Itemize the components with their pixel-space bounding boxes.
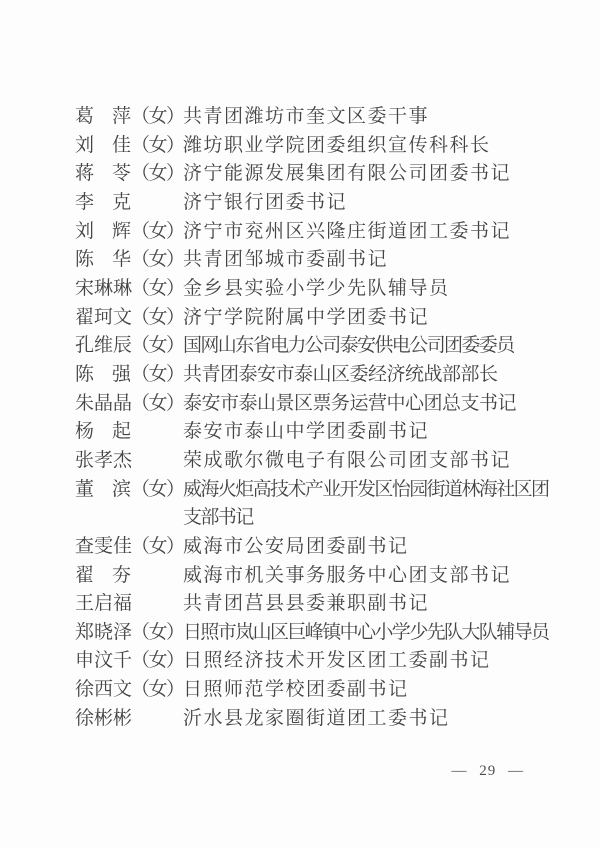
person-name-cell: 陈强（女） <box>75 361 183 390</box>
list-item: 刘辉（女） 济宁市兖州区兴隆庄街道团工委书记 <box>75 218 555 247</box>
person-title: 威海市公安局团委副书记 <box>183 533 555 562</box>
list-item: 徐西文（女） 日照师范学校团委副书记 <box>75 676 555 705</box>
list-item: 刘佳（女） 潍坊职业学院团委组织宣传科科长 <box>75 132 555 161</box>
person-title: 沂水县龙家圈街道团工委书记 <box>183 705 555 734</box>
person-name-cell: 刘佳（女） <box>75 132 183 161</box>
list-item: 蒋苓（女） 济宁能源发展集团有限公司团委书记 <box>75 160 555 189</box>
list-item: 徐彬彬 沂水县龙家圈街道团工委书记 <box>75 705 555 734</box>
person-gender: （女） <box>131 221 184 242</box>
person-title: 共青团邹城市委副书记 <box>183 246 555 275</box>
person-name-cell: 宋琳琳（女） <box>75 275 183 304</box>
person-title: 金乡县实验小学少先队辅导员 <box>183 275 555 304</box>
roster: 葛萍（女） 共青团潍坊市奎文区委干事 刘佳（女） 潍坊职业学院团委组织宣传科科长… <box>0 0 600 733</box>
person-name: 张孝杰 <box>75 447 131 476</box>
list-item: 查雯佳（女） 威海市公安局团委副书记 <box>75 533 555 562</box>
list-item: 宋琳琳（女） 金乡县实验小学少先队辅导员 <box>75 275 555 304</box>
person-name: 李克 <box>75 189 131 218</box>
list-item: 翟夯 威海市机关事务服务中心团支部书记 <box>75 562 555 591</box>
person-name-cell: 孔维辰（女） <box>75 332 183 361</box>
person-name-cell: 翟夯 <box>75 562 183 591</box>
person-name-cell: 董滨（女） <box>75 476 183 505</box>
person-gender: （女） <box>131 536 184 557</box>
person-name-cell: 翟珂文（女） <box>75 304 183 333</box>
person-name: 郑晓泽 <box>75 619 131 648</box>
person-name: 孔维辰 <box>75 332 131 361</box>
person-name-cell: 李克 <box>75 189 183 218</box>
list-item: 杨起 泰安市泰山中学团委副书记 <box>75 418 555 447</box>
person-title: 荣成歌尔微电子有限公司团支部书记 <box>183 447 555 476</box>
person-title: 济宁市兖州区兴隆庄街道团工委书记 <box>183 218 555 247</box>
person-name-cell: 申汶千（女） <box>75 647 183 676</box>
person-title: 潍坊职业学院团委组织宣传科科长 <box>183 132 555 161</box>
person-name: 朱晶晶 <box>75 390 131 419</box>
person-title: 威海市机关事务服务中心团支部书记 <box>183 562 555 591</box>
person-title: 共青团潍坊市奎文区委干事 <box>183 103 555 132</box>
person-name: 徐西文 <box>75 676 131 705</box>
list-item: 张孝杰 荣成歌尔微电子有限公司团支部书记 <box>75 447 555 476</box>
person-title: 威海火炬高技术产业开发区怡园街道林海社区团支部书记 <box>183 476 555 533</box>
person-title: 泰安市泰山景区票务运营中心团总支书记 <box>183 390 555 419</box>
person-gender: （女） <box>131 335 184 356</box>
person-gender: （女） <box>131 249 184 270</box>
person-name: 翟夯 <box>75 562 131 591</box>
list-item: 葛萍（女） 共青团潍坊市奎文区委干事 <box>75 103 555 132</box>
list-item: 陈华（女） 共青团邹城市委副书记 <box>75 246 555 275</box>
person-name: 陈华 <box>75 246 131 275</box>
person-name: 陈强 <box>75 361 131 390</box>
document-page: 葛萍（女） 共青团潍坊市奎文区委干事 刘佳（女） 潍坊职业学院团委组织宣传科科长… <box>0 0 600 848</box>
person-gender: （女） <box>131 393 184 414</box>
person-gender: （女） <box>131 307 184 328</box>
person-name-cell: 刘辉（女） <box>75 218 183 247</box>
person-gender: （女） <box>131 622 184 643</box>
list-item: 王启福 共青团莒县县委兼职副书记 <box>75 590 555 619</box>
list-item: 朱晶晶（女） 泰安市泰山景区票务运营中心团总支书记 <box>75 390 555 419</box>
person-title: 济宁银行团委书记 <box>183 189 555 218</box>
person-name: 查雯佳 <box>75 533 131 562</box>
person-title: 国网山东省电力公司泰安供电公司团委委员 <box>183 332 555 361</box>
person-name: 董滨 <box>75 476 131 505</box>
person-title: 泰安市泰山中学团委副书记 <box>183 418 555 447</box>
person-title: 日照师范学校团委副书记 <box>183 676 555 705</box>
page-number: — 29 — <box>452 763 525 780</box>
person-name-cell: 葛萍（女） <box>75 103 183 132</box>
list-item: 李克 济宁银行团委书记 <box>75 189 555 218</box>
person-title: 日照市岚山区巨峰镇中心小学少先队大队辅导员 <box>183 619 555 648</box>
list-item: 郑晓泽（女） 日照市岚山区巨峰镇中心小学少先队大队辅导员 <box>75 619 555 648</box>
person-name-cell: 徐西文（女） <box>75 676 183 705</box>
person-name: 刘辉 <box>75 218 131 247</box>
person-name: 杨起 <box>75 418 131 447</box>
person-name: 葛萍 <box>75 103 131 132</box>
person-gender: （女） <box>131 364 184 385</box>
person-name-cell: 查雯佳（女） <box>75 533 183 562</box>
person-title: 共青团莒县县委兼职副书记 <box>183 590 555 619</box>
list-item: 陈强（女） 共青团泰安市泰山区委经济统战部部长 <box>75 361 555 390</box>
person-name: 刘佳 <box>75 132 131 161</box>
person-name-cell: 张孝杰 <box>75 447 183 476</box>
person-name-cell: 王启福 <box>75 590 183 619</box>
person-name: 蒋苓 <box>75 160 131 189</box>
person-name: 王启福 <box>75 590 131 619</box>
person-name: 徐彬彬 <box>75 705 131 734</box>
person-name-cell: 陈华（女） <box>75 246 183 275</box>
person-name-cell: 朱晶晶（女） <box>75 390 183 419</box>
person-name: 宋琳琳 <box>75 275 131 304</box>
person-title: 济宁学院附属中学团委书记 <box>183 304 555 333</box>
person-gender: （女） <box>131 106 184 127</box>
person-title: 济宁能源发展集团有限公司团委书记 <box>183 160 555 189</box>
person-title: 共青团泰安市泰山区委经济统战部部长 <box>183 361 555 390</box>
list-item: 董滨（女） 威海火炬高技术产业开发区怡园街道林海社区团支部书记 <box>75 476 555 533</box>
list-item: 申汶千（女） 日照经济技术开发区团工委副书记 <box>75 647 555 676</box>
person-name: 申汶千 <box>75 647 131 676</box>
person-name: 翟珂文 <box>75 304 131 333</box>
person-gender: （女） <box>131 679 184 700</box>
list-item: 孔维辰（女） 国网山东省电力公司泰安供电公司团委委员 <box>75 332 555 361</box>
person-name-cell: 蒋苓（女） <box>75 160 183 189</box>
person-gender: （女） <box>131 278 184 299</box>
person-name-cell: 徐彬彬 <box>75 705 183 734</box>
person-gender: （女） <box>131 479 184 500</box>
person-title: 日照经济技术开发区团工委副书记 <box>183 647 555 676</box>
person-gender: （女） <box>131 135 184 156</box>
person-gender: （女） <box>131 163 184 184</box>
list-item: 翟珂文（女） 济宁学院附属中学团委书记 <box>75 304 555 333</box>
person-gender: （女） <box>131 650 184 671</box>
person-name-cell: 杨起 <box>75 418 183 447</box>
person-name-cell: 郑晓泽（女） <box>75 619 183 648</box>
